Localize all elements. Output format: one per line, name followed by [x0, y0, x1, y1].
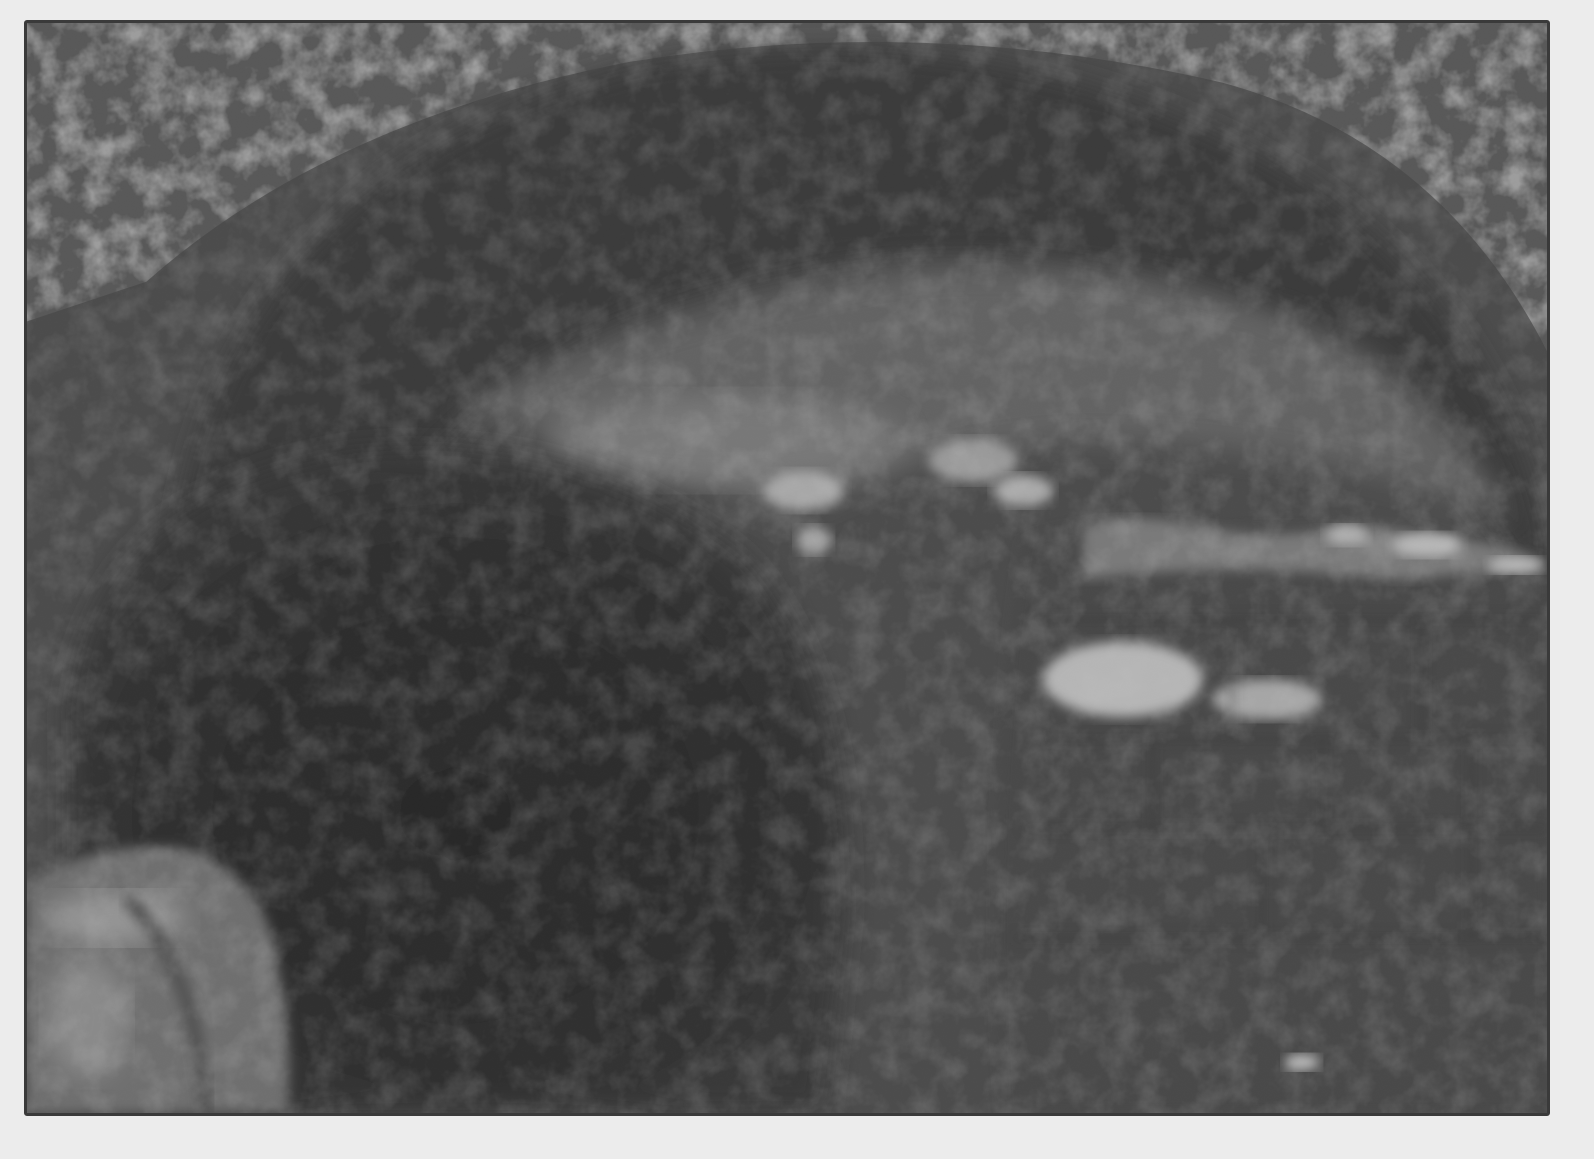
photograph	[24, 20, 1550, 1116]
stone-arch-photo	[27, 23, 1547, 1113]
